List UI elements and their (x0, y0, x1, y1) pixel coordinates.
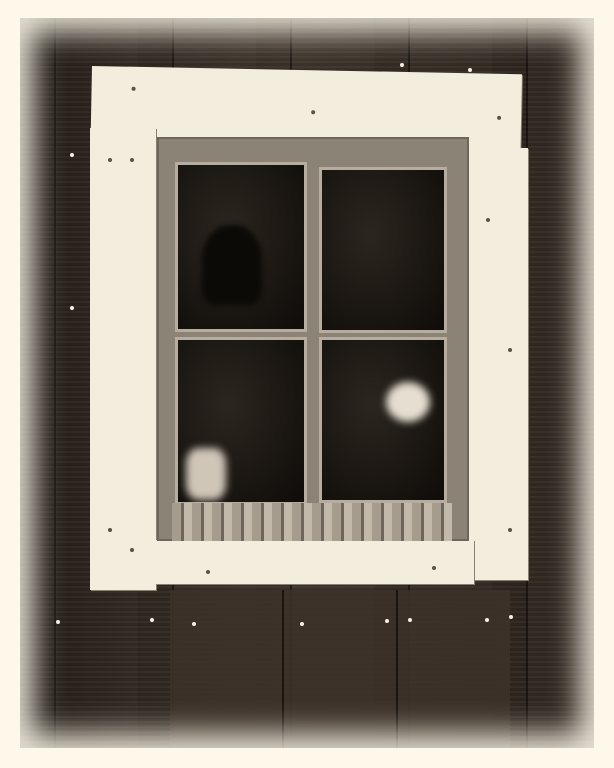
trim-left (90, 128, 156, 590)
nail (468, 68, 472, 72)
nail (300, 622, 304, 626)
window-pane-bottom-right (319, 337, 447, 503)
nail (56, 620, 60, 624)
nail (485, 618, 489, 622)
window-sash (157, 137, 469, 541)
window-sill (172, 503, 452, 541)
tree-reflection (202, 225, 262, 305)
nail (70, 153, 74, 157)
nail (192, 622, 196, 626)
light-reflection (386, 382, 430, 422)
nail (70, 306, 74, 310)
trim-bottom (156, 540, 474, 584)
photograph (20, 18, 594, 748)
image-title: Weathered window on dark wooden barn wal… (0, 0, 1, 1)
window-pane-top-left (175, 162, 307, 332)
nail (385, 619, 389, 623)
lamp-reflection (186, 448, 226, 500)
nail (408, 618, 412, 622)
lower-wall-boards (170, 590, 510, 748)
nail (150, 618, 154, 622)
window-pane-bottom-left (175, 337, 307, 505)
trim-right (466, 148, 528, 580)
nail (509, 615, 513, 619)
nail (400, 63, 404, 67)
window-pane-top-right (319, 167, 447, 333)
